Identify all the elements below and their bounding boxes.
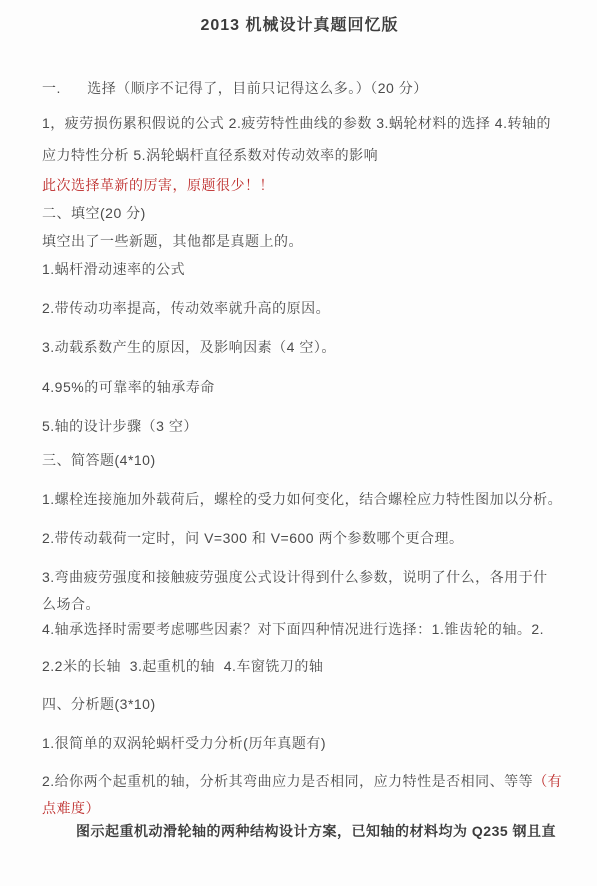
page-title: 2013 机械设计真题回忆版	[28, 14, 571, 38]
section-4-item-1: 1.很简单的双涡轮蜗杆受力分析(历年真题有)	[42, 733, 571, 754]
section-2-heading: 二、填空(20 分)	[42, 203, 571, 224]
section-4-item-2-text: 2.给你两个起重机的轴，分析其弯曲应力是否相同，应力特性是否相同、等等	[42, 773, 533, 789]
document-page: 2013 机械设计真题回忆版 一. 选择（顺序不记得了，目前只记得这么多。）（2…	[0, 0, 597, 886]
section-3-item-1: 1.螺栓连接施加外载荷后，螺栓的受力如何变化，结合螺栓应力特性图加以分析。	[42, 489, 571, 510]
section-3-item-4-line-1: 4.轴承选择时需要考虑哪些因素？对下面四种情况进行选择：1.锥齿轮的轴。2.	[42, 619, 571, 640]
section-4-heading: 四、分析题(3*10)	[42, 694, 571, 715]
section-4-problem-intro: 图示起重机动滑轮轴的两种结构设计方案，已知轴的材料均为 Q235 钢且直	[42, 821, 571, 842]
section-1-item-1-line-2: 应力特性分析 5.涡轮蜗杆直径系数对传动效率的影响	[42, 145, 571, 166]
section-3-heading: 三、简答题(4*10)	[42, 450, 571, 471]
section-1-heading: 一. 选择（顺序不记得了，目前只记得这么多。）（20 分）	[42, 78, 571, 99]
section-1-red-remark: 此次选择革新的厉害，原题很少！！	[42, 175, 571, 196]
section-3-item-4-line-2: 2.2米的长轴 3.起重机的轴 4.车窗铣刀的轴	[42, 656, 571, 677]
section-4-item-2: 2.给你两个起重机的轴，分析其弯曲应力是否相同，应力特性是否相同、等等（有	[42, 771, 571, 792]
section-2-note: 填空出了一些新题，其他都是真题上的。	[42, 231, 571, 252]
section-4-item-2-red-note-end: 点难度）	[42, 798, 571, 819]
section-2-item-1: 1.蜗杆滑动速率的公式	[42, 259, 571, 280]
section-2-item-3: 3.动载系数产生的原因，及影响因素（4 空）。	[42, 337, 571, 358]
section-4-item-2-red-note-start: （有	[533, 773, 562, 789]
section-1-item-1-line-1: 1，疲劳损伤累积假说的公式 2.疲劳特性曲线的参数 3.蜗轮材料的选择 4.转轴…	[42, 113, 571, 134]
section-3-item-3-line-2: 么场合。	[42, 594, 571, 615]
section-2-item-4: 4.95%的可靠率的轴承寿命	[42, 377, 571, 398]
section-2-item-2: 2.带传动功率提高，传动效率就升高的原因。	[42, 298, 571, 319]
section-2-item-5: 5.轴的设计步骤（3 空）	[42, 416, 571, 437]
section-3-item-3-line-1: 3.弯曲疲劳强度和接触疲劳强度公式设计得到什么参数，说明了什么，各用于什	[42, 567, 571, 588]
section-3-item-2: 2.带传动载荷一定时，问 V=300 和 V=600 两个参数哪个更合理。	[42, 528, 571, 549]
